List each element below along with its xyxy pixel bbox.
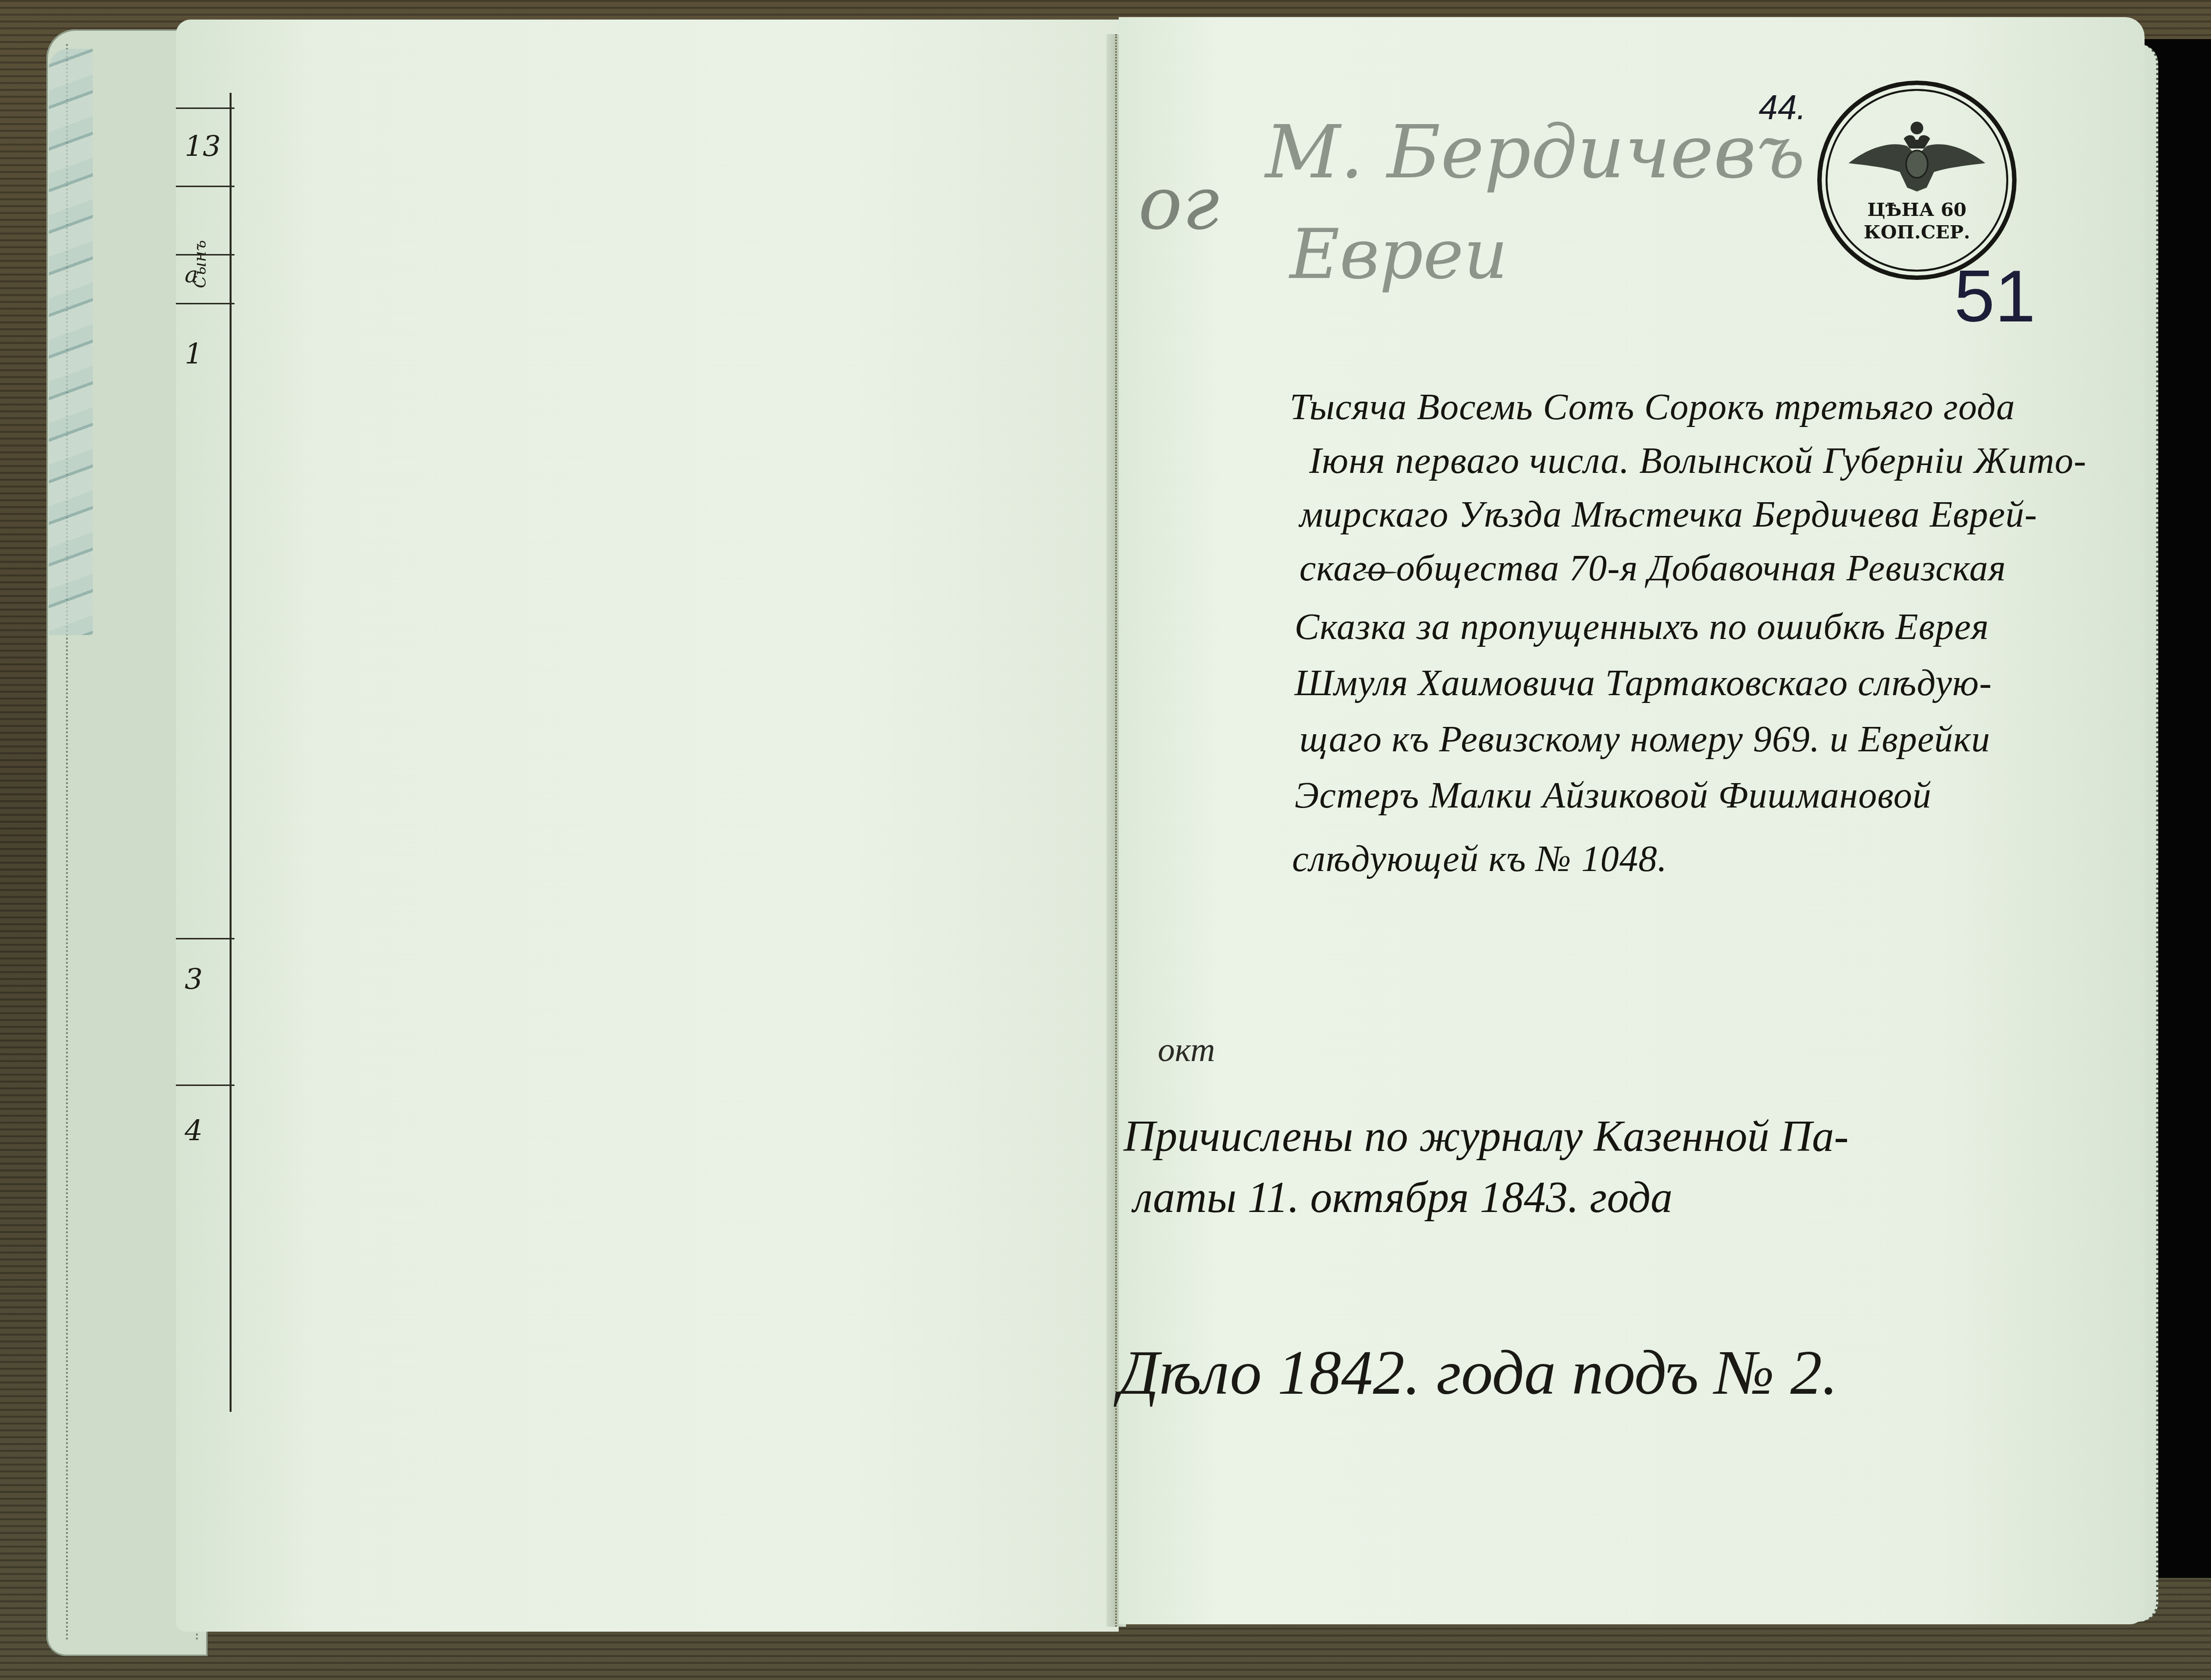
margin-number: 3 — [185, 962, 203, 996]
registration-line-2: латы 11. октября 1843. года — [1133, 1172, 1673, 1223]
stamp-price-line: ЦѢНА 60 — [1822, 198, 2012, 220]
margin-number: 13 — [185, 129, 221, 163]
margin-letter: а — [185, 261, 198, 288]
margin-rule — [176, 107, 234, 109]
body-line-8: Эстеръ Малки Айзиковой Фишмановой — [1295, 774, 1932, 817]
margin-number: 4 — [185, 1114, 203, 1147]
pencil-heading-community: Евреи — [1290, 215, 1508, 295]
body-line-2: Іюня перваго числа. Волынской Губерніи Ж… — [1309, 440, 2086, 482]
body-line-4: скаго общества 70-я Добавочная Ревизская — [1299, 547, 2006, 590]
margin-number: 1 — [185, 337, 203, 370]
margin-column: 13 Сынъ а 1 3 4 — [176, 93, 232, 1412]
double-headed-eagle-icon — [1846, 119, 1988, 192]
stamp-currency-line: КОП.СЕР. — [1822, 221, 2012, 243]
stamp-duty-seal: ЦѢНА 60 КОП.СЕР. — [1817, 81, 2017, 280]
margin-rule — [176, 254, 234, 255]
pencil-heading-town: М. Бердичевъ — [1265, 110, 1805, 195]
margin-rule — [176, 938, 234, 939]
pencil-margin-mark: ог — [1138, 161, 1219, 246]
ordinal-underline — [1363, 572, 1397, 574]
body-line-6: Шмуля Хаимовича Тартаковскаго слѣдую- — [1295, 662, 1992, 704]
case-reference: Дѣло 1842. года подъ № 2. — [1119, 1336, 1838, 1409]
body-line-9: слѣдующей къ № 1048. — [1292, 838, 1667, 880]
body-line-5: Сказка за пропущенныхъ по ошибкѣ Еврея — [1295, 606, 1989, 648]
note-mark: окт — [1158, 1031, 1215, 1070]
body-line-1: Тысяча Восемь Сотъ Сорокъ третьяго года — [1290, 386, 2015, 428]
left-page: 13 Сынъ а 1 3 4 — [176, 20, 1119, 1632]
margin-rule — [176, 303, 234, 304]
old-folio-number: 44. — [1759, 88, 1806, 127]
blue-flyleaf-edge — [49, 49, 93, 635]
margin-rule — [176, 1085, 234, 1086]
body-line-7: щаго къ Ревизскому номеру 969. и Еврейки — [1299, 718, 1990, 761]
margin-rule — [176, 186, 234, 187]
body-line-3: мирскаго Уѣзда Мѣстечка Бердичева Еврей- — [1299, 493, 2038, 536]
registration-line-1: Причислены по журналу Казенной Па- — [1124, 1111, 1849, 1162]
